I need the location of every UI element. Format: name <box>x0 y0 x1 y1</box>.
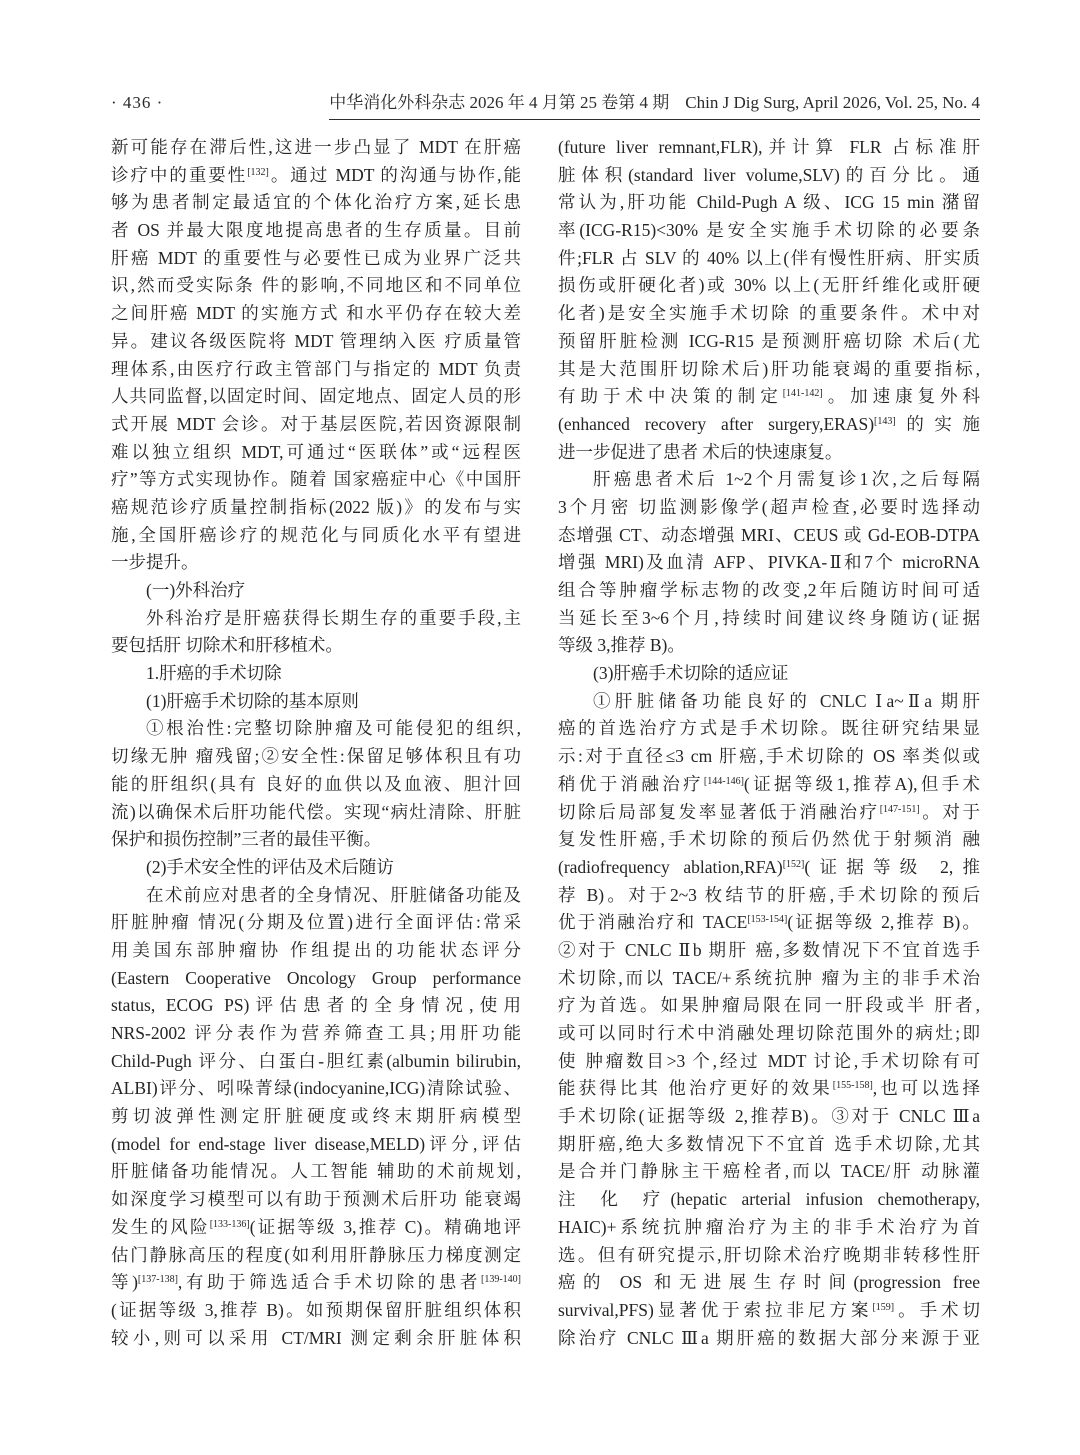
text-line: 者 OS 并最大限度地提高患者的生存质量。目前 <box>111 217 521 245</box>
text-line: 损伤或肝硬化者)或 30% 以上(无肝纤维化或肝硬 <box>558 272 980 300</box>
text-line: HAIC)+系统抗肿瘤治疗为主的非手术治疗为首 <box>558 1214 980 1242</box>
text-line: 疗”等方式实现协作。随着 国家癌症中心《中国肝 <box>111 466 521 494</box>
text-line: 人共同监督,以固定时间、固定地点、固定人员的形 <box>111 383 521 411</box>
text-line: 在术前应对患者的全身情况、肝脏储备功能及 <box>111 882 521 910</box>
text-line: 预留肝脏检测 ICG-R15 是预测肝癌切除 术后(尤 <box>558 328 980 356</box>
text-line: 肝癌患者术后 1~2个月需复诊1次,之后每隔 <box>558 466 980 494</box>
text-line: (future liver remnant,FLR),并计算 FLR 占标准肝 <box>558 134 980 162</box>
text-line: (一)外科治疗 <box>111 577 521 605</box>
citation-ref: [137-138] <box>138 1274 178 1285</box>
text-line: Child-Pugh 评分、白蛋白-胆红素(albumin bilirubin, <box>111 1048 521 1076</box>
text-line: 脏体积(standard liver volume,SLV)的百分比。通 <box>558 162 980 190</box>
citation-ref: [144-146] <box>704 776 744 787</box>
text-line: 或可以同时行术中消融处理切除范围外的病灶;即 <box>558 1020 980 1048</box>
text-line: 化者)是安全实施手术切除 的重要条件。术中对 <box>558 300 980 328</box>
text-line: (证据等级 3,推荐 B)。如预期保留肝脏组织体积 <box>111 1297 521 1325</box>
text-line: 示:对于直径≤3 cm 肝癌,手术切除的 OS 率类似或 <box>558 743 980 771</box>
text-line: NRS-2002 评分表作为营养筛查工具;用肝功能 <box>111 1020 521 1048</box>
text-line: (2)手术安全性的评估及术后随访 <box>111 854 521 882</box>
page-header: · 436 · 中华消化外科杂志 2026 年 4 月第 25 卷第 4 期Ch… <box>111 88 980 120</box>
text-line: 癌的 OS 和无进展生存时间(progression free <box>558 1269 980 1297</box>
text-line: 复发性肝癌,手术切除的预后仍然优于射频消 融 <box>558 826 980 854</box>
text-line: 稍优于消融治疗[144-146](证据等级1,推荐A),但手术 <box>558 771 980 799</box>
text-line: 1.肝癌的手术切除 <box>111 660 521 688</box>
text-line: 够为患者制定最适宜的个体化治疗方案,延长患 <box>111 189 521 217</box>
citation-ref: [132] <box>247 167 269 178</box>
text-line: (radiofrequency ablation,RFA)[152](证据等级 … <box>558 854 980 882</box>
text-line: 选。但有研究提示,肝切除术治疗晚期非转移性肝 <box>558 1242 980 1270</box>
text-line: 当延长至3~6个月,持续时间建议终身随访(证据 <box>558 605 980 633</box>
journal-citation-en: Chin J Dig Surg, April 2026, Vol. 25, No… <box>685 93 980 112</box>
running-head: 中华消化外科杂志 2026 年 4 月第 25 卷第 4 期Chin J Dig… <box>329 88 980 120</box>
text-line: (1)肝癌手术切除的基本原则 <box>111 688 521 716</box>
text-line: 等)[137-138],有助于筛选适合手术切除的患者[139-140] <box>111 1269 521 1297</box>
text-line: 要包括肝 切除术和肝移植术。 <box>111 632 521 660</box>
text-line: 癌的首选治疗方式是手术切除。既往研究结果显 <box>558 715 980 743</box>
citation-ref: [139-140] <box>481 1274 521 1285</box>
text-line: 较小,则可以采用 CT/MRI 测定剩余肝脏体积 <box>111 1325 521 1353</box>
text-line: survival,PFS)显著优于索拉非尼方案[159]。手术切 <box>558 1297 980 1325</box>
text-line: 荐 B)。对于2~3 枚结节的肝癌,手术切除的预后 <box>558 882 980 910</box>
text-line: 切缘无肿 瘤残留;②安全性:保留足够体积且有功 <box>111 743 521 771</box>
text-line: 能的肝组织(具有 良好的血供以及血液、胆汁回 <box>111 771 521 799</box>
text-line: 用美国东部肿瘤协 作组提出的功能状态评分 <box>111 937 521 965</box>
text-line: 进一步促进了患者 术后的快速康复。 <box>558 439 980 467</box>
citation-ref: [159] <box>872 1302 894 1313</box>
text-line: 3个月密 切监测影像学(超声检查,必要时选择动 <box>558 494 980 522</box>
text-line: 优于消融治疗和 TACE[153-154](证据等级 2,推荐 B)。 <box>558 909 980 937</box>
text-line: (3)肝癌手术切除的适应证 <box>558 660 980 688</box>
right-column: (future liver remnant,FLR),并计算 FLR 占标准肝脏… <box>558 134 980 1352</box>
text-line: 估门静脉高压的程度(如利用肝静脉压力梯度测定 <box>111 1242 521 1270</box>
text-line: 剪切波弹性测定肝脏硬度或终末期肝病模型 <box>111 1103 521 1131</box>
text-line: 增强 MRI)及血清 AFP、PIVKA-Ⅱ和7个 microRNA <box>558 549 980 577</box>
text-line: ②对于 CNLC Ⅱb 期肝 癌,多数情况下不宜首选手 <box>558 937 980 965</box>
text-line: 理体系,由医疗行政主管部门与指定的 MDT 负责 <box>111 356 521 384</box>
text-line: (Eastern Cooperative Oncology Group perf… <box>111 965 521 993</box>
left-column: 新可能存在滞后性,这进一步凸显了 MDT 在肝癌诊疗中的重要性[132]。通过 … <box>111 134 521 1352</box>
text-line: ALBI)评分、吲哚菁绿(indocyanine,ICG)清除试验、 <box>111 1075 521 1103</box>
citation-ref: [143] <box>874 416 896 427</box>
text-line: 态增强 CT、动态增强 MRI、CEUS 或 Gd-EOB-DTPA <box>558 522 980 550</box>
text-line: 件;FLR 占 SLV 的 40% 以上(伴有慢性肝病、肝实质 <box>558 245 980 273</box>
text-line: 如深度学习模型可以有助于预测术后肝功 能衰竭 <box>111 1186 521 1214</box>
text-line: 其是大范围肝切除术后)肝功能衰竭的重要指标, <box>558 356 980 384</box>
text-line: 有助于术中决策的制定[141-142]。加速康复外科 <box>558 383 980 411</box>
text-line: 切除后局部复发率显著低于消融治疗[147-151]。对于 <box>558 799 980 827</box>
text-line: ①根治性:完整切除肿瘤及可能侵犯的组织, <box>111 715 521 743</box>
text-line: 外科治疗是肝癌获得长期生存的重要手段,主 <box>111 605 521 633</box>
text-line: 一步提升。 <box>111 549 521 577</box>
text-line: status, ECOG PS)评估患者的全身情况,使用 <box>111 992 521 1020</box>
journal-citation-cn: 中华消化外科杂志 2026 年 4 月第 25 卷第 4 期 <box>329 93 669 112</box>
citation-ref: [152] <box>783 859 805 870</box>
text-line: 施,全国肝癌诊疗的规范化与同质化水平有望进 <box>111 522 521 550</box>
text-line: 常认为,肝功能 Child-Pugh A 级、ICG 15 min 潴留 <box>558 189 980 217</box>
citation-ref: [141-142] <box>783 388 823 399</box>
citation-ref: [133-136] <box>210 1219 250 1230</box>
text-line: 肝癌 MDT 的重要性与必要性已成为业界广泛共 <box>111 245 521 273</box>
text-line: 除治疗 CNLC Ⅲa 期肝癌的数据大部分来源于亚 <box>558 1325 980 1353</box>
text-line: 肝脏储备功能情况。人工智能 辅助的术前规划, <box>111 1158 521 1186</box>
page-number: · 436 · <box>111 93 163 113</box>
text-line: 等级 3,推荐 B)。 <box>558 632 980 660</box>
text-line: 肝脏肿瘤 情况(分期及位置)进行全面评估:常采 <box>111 909 521 937</box>
citation-ref: [147-151] <box>880 804 920 815</box>
text-line: 癌规范诊疗质量控制指标(2022 版)》的发布与实 <box>111 494 521 522</box>
text-line: 注 化 疗(hepatic arterial infusion chemothe… <box>558 1186 980 1214</box>
text-line: 发生的风险[133-136](证据等级 3,推荐 C)。精确地评 <box>111 1214 521 1242</box>
text-line: 新可能存在滞后性,这进一步凸显了 MDT 在肝癌 <box>111 134 521 162</box>
citation-ref: [155-158] <box>833 1080 873 1091</box>
journal-page: · 436 · 中华消化外科杂志 2026 年 4 月第 25 卷第 4 期Ch… <box>0 0 1080 1455</box>
text-line: 流)以确保术后肝功能代偿。实现“病灶清除、肝脏 <box>111 799 521 827</box>
text-line: 术切除,而以 TACE/+系统抗肿 瘤为主的非手术治 <box>558 965 980 993</box>
text-line: 组合等肿瘤学标志物的改变,2年后随访时间可适 <box>558 577 980 605</box>
text-line: 保护和损伤控制”三者的最佳平衡。 <box>111 826 521 854</box>
text-line: 识,然而受实际条 件的影响,不同地区和不同单位 <box>111 272 521 300</box>
text-line: 疗为首选。如果肿瘤局限在同一肝段或半 肝者, <box>558 992 980 1020</box>
text-line: ①肝脏储备功能良好的 CNLC Ⅰa~Ⅱa 期肝 <box>558 688 980 716</box>
text-line: 期肝癌,绝大多数情况下不宜首 选手术切除,尤其 <box>558 1131 980 1159</box>
text-line: (model for end-stage liver disease,MELD)… <box>111 1131 521 1159</box>
text-line: 之间肝癌 MDT 的实施方式 和水平仍存在较大差 <box>111 300 521 328</box>
text-line: (enhanced recovery after surgery,ERAS)[1… <box>558 411 980 439</box>
text-line: 诊疗中的重要性[132]。通过 MDT 的沟通与协作,能 <box>111 162 521 190</box>
citation-ref: [153-154] <box>747 914 787 925</box>
text-line: 率(ICG-R15)<30% 是安全实施手术切除的必要条 <box>558 217 980 245</box>
text-line: 能获得比其 他治疗更好的效果[155-158],也可以选择 <box>558 1075 980 1103</box>
text-line: 是合并门静脉主干癌栓者,而以 TACE/肝 动脉灌 <box>558 1158 980 1186</box>
text-line: 难以独立组织 MDT,可通过“医联体”或“远程医 <box>111 439 521 467</box>
text-line: 手术切除(证据等级 2,推荐B)。③对于 CNLC Ⅲa <box>558 1103 980 1131</box>
text-line: 式开展 MDT 会诊。对于基层医院,若因资源限制 <box>111 411 521 439</box>
text-line: 使 肿瘤数目>3 个,经过 MDT 讨论,手术切除有可 <box>558 1048 980 1076</box>
text-line: 异。建议各级医院将 MDT 管理纳入医 疗质量管 <box>111 328 521 356</box>
